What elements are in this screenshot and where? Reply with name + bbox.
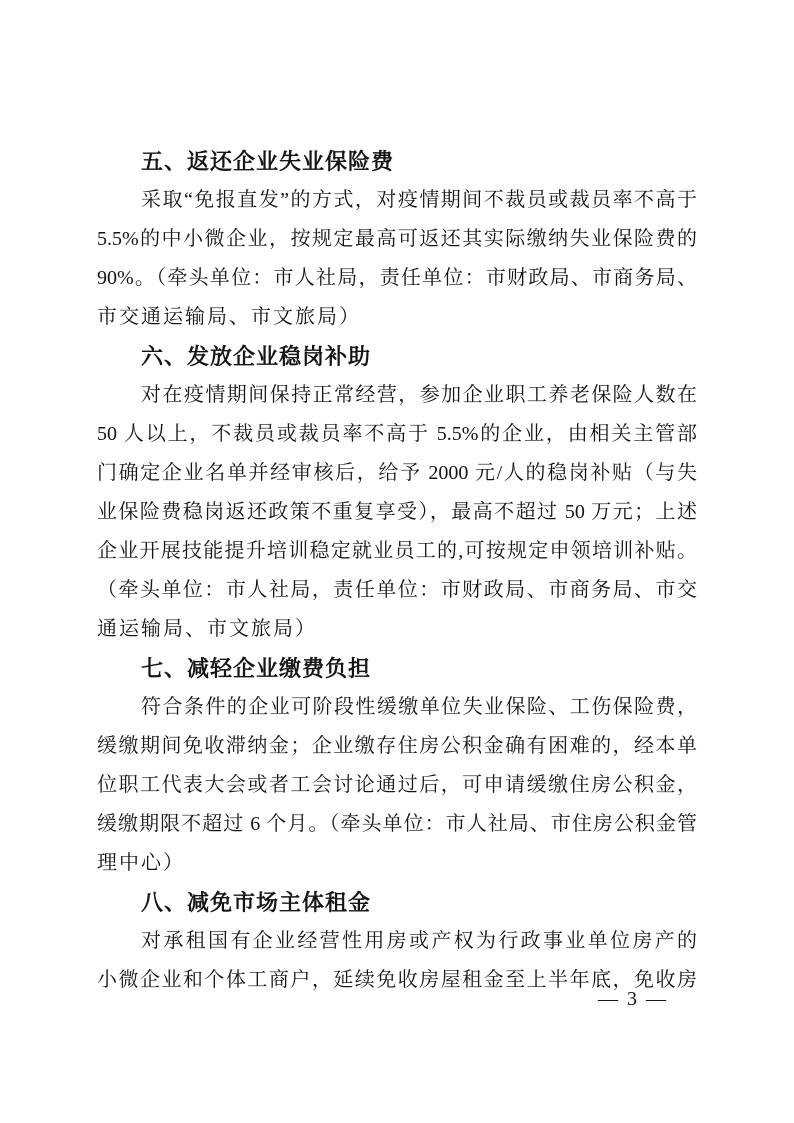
body-text-line: 门确定企业名单并经审核后，给予 2000 元/人的稳岗补贴（与失 — [97, 454, 697, 493]
body-text-line: 理中心） — [97, 844, 697, 883]
body-text-line: 符合条件的企业可阶段性缓缴单位失业保险、工伤保险费， — [97, 688, 697, 727]
body-text-line: 对承租国有企业经营性用房或产权为行政事业单位房产的 — [97, 922, 697, 961]
body-text-line: 业保险费稳岗返还政策不重复享受），最高不超过 50 万元；上述 — [97, 493, 697, 532]
body-text-line: 缓缴期限不超过 6 个月。（牵头单位：市人社局、市住房公积金管 — [97, 805, 697, 844]
body-text-line: 企业开展技能提升培训稳定就业员工的,可按规定申领培训补贴。 — [97, 532, 697, 571]
page-number: — 3 — — [598, 986, 668, 1012]
section-heading: 五、返还企业失业保险费 — [97, 142, 697, 181]
body-text-line: 5.5%的中小微企业，按规定最高可返还其实际缴纳失业保险费的 — [97, 220, 697, 259]
body-text-line: 50 人以上，不裁员或裁员率不高于 5.5%的企业，由相关主管部 — [97, 415, 697, 454]
body-text-line: 对在疫情期间保持正常经营，参加企业职工养老保险人数在 — [97, 376, 697, 415]
section-heading: 七、减轻企业缴费负担 — [97, 649, 697, 688]
section-heading: 八、减免市场主体租金 — [97, 883, 697, 922]
section-heading: 六、发放企业稳岗补助 — [97, 337, 697, 376]
body-text-line: （牵头单位：市人社局，责任单位：市财政局、市商务局、市交 — [97, 571, 697, 610]
document-content: 五、返还企业失业保险费采取“免报直发”的方式，对疫情期间不裁员或裁员率不高于5.… — [97, 142, 697, 1000]
body-text-line: 采取“免报直发”的方式，对疫情期间不裁员或裁员率不高于 — [97, 181, 697, 220]
body-text-line: 90%。（牵头单位：市人社局，责任单位：市财政局、市商务局、 — [97, 259, 697, 298]
document-page: 五、返还企业失业保险费采取“免报直发”的方式，对疫情期间不裁员或裁员率不高于5.… — [0, 0, 794, 1123]
body-text-line: 位职工代表大会或者工会讨论通过后，可申请缓缴住房公积金， — [97, 766, 697, 805]
body-text-line: 市交通运输局、市文旅局） — [97, 298, 697, 337]
body-text-line: 通运输局、市文旅局） — [97, 610, 697, 649]
body-text-line: 缓缴期间免收滞纳金；企业缴存住房公积金确有困难的，经本单 — [97, 727, 697, 766]
